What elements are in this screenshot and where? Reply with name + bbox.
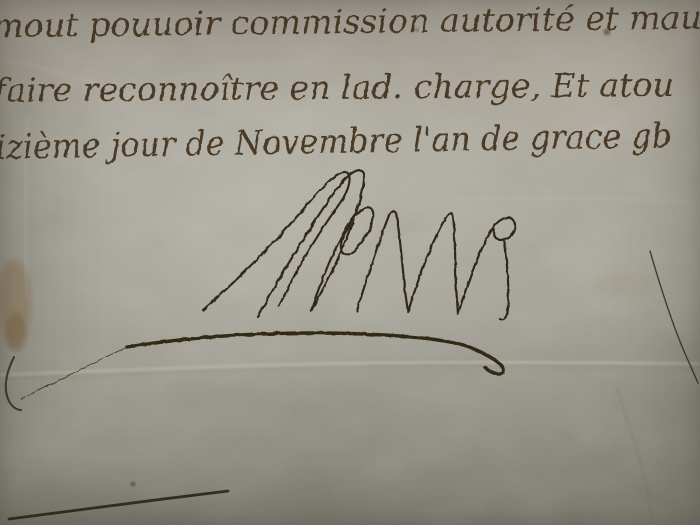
dark-speck [131, 482, 136, 487]
brown-stain [6, 312, 26, 352]
faint-stain [593, 272, 657, 298]
manuscript-line-2: faire reconnoître en lad. charge, Et ato… [0, 65, 674, 110]
parchment-canvas: mout pouuoir commission autorité et mau … [0, 0, 700, 525]
manuscript-photo: mout pouuoir commission autorité et mau … [0, 0, 700, 525]
manuscript-text: mout pouuoir commission autorité et mau … [0, 0, 700, 168]
